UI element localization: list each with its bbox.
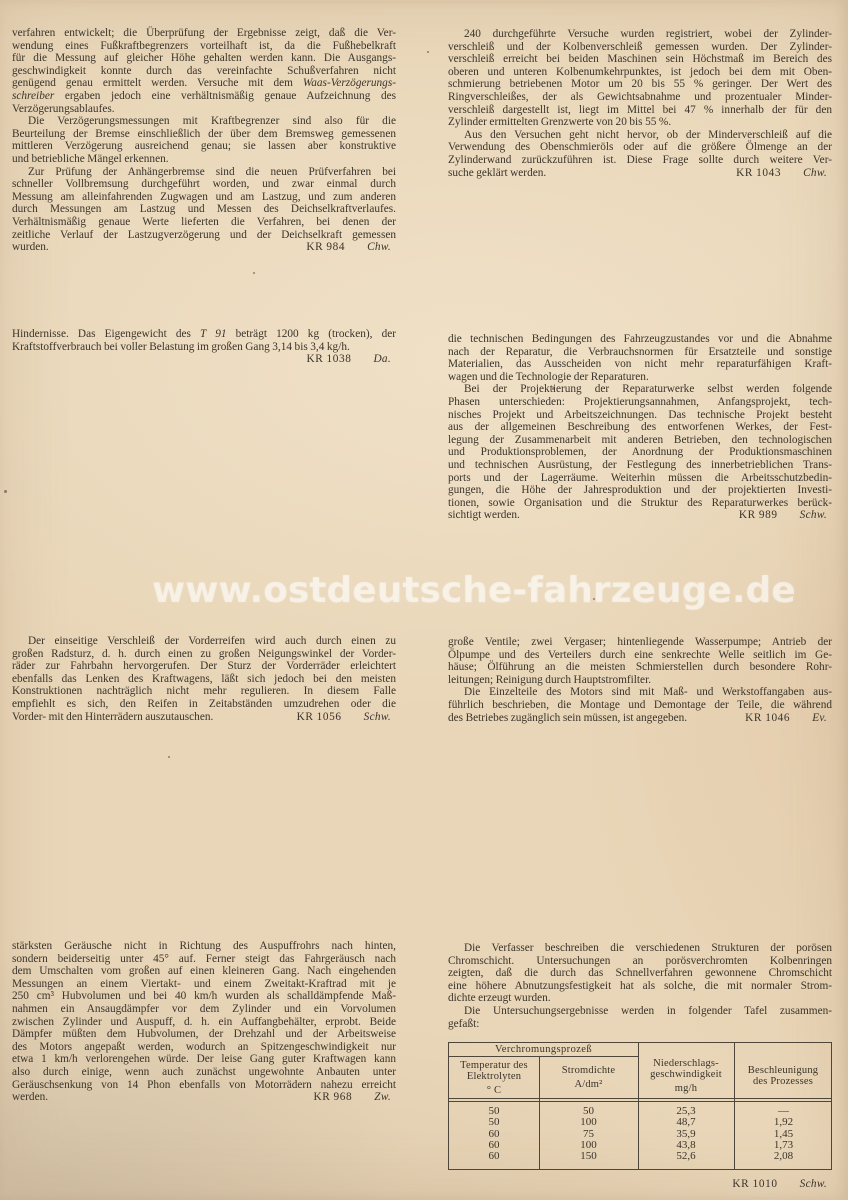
table-cell: 150 (539, 1151, 638, 1162)
ref-id: KR 984 (306, 241, 345, 254)
text-line: durch Messungen am Lastzug und Messen de… (12, 203, 396, 216)
text-line: Die Einzelteile des Motors sind mit Maß-… (448, 686, 832, 699)
text-line: tionen, sowie Organisation und die Struk… (448, 497, 832, 510)
text-line: Die Untersuchungsergebnisse werden in fo… (448, 1005, 832, 1018)
table-ref: KR 1010Schw. (448, 1178, 832, 1191)
text-line: führlich beschrieben, die Montage und De… (448, 699, 832, 712)
results-table: Verchromungsprozeß Temperatur desElektro… (448, 1042, 832, 1170)
table-cell: 48,7 (638, 1117, 734, 1128)
text-line: eine höhere Abnutzungsfestigkeit hat als… (448, 980, 832, 993)
italic-text: Waas-Verzögerungs- (303, 77, 396, 89)
text-line: Messung am alleinfahrenden Zugwagen und … (12, 191, 396, 204)
text-line: verschleiß und der Kolbenverschleiß geme… (448, 41, 832, 54)
table-cell: 1,92 (734, 1117, 833, 1128)
header-unit: ° C (450, 1085, 538, 1096)
text-line: große Ventile; zwei Vergaser; hintenlieg… (448, 636, 832, 649)
text-line: sichtigt werden.KR 989Schw. (448, 509, 832, 522)
table-rule (449, 1056, 638, 1057)
table-cell: 2,08 (734, 1151, 833, 1162)
text-line: dichte erzeugt wurden. (448, 992, 832, 1005)
text-line: Phasen unterschieden: Projektierungsanna… (448, 396, 832, 409)
header-unit: A/dm² (540, 1079, 637, 1090)
text-line: zeigten, daß die durch das Schnellverfah… (448, 967, 832, 980)
text-line: zeitliche Verlauf der Lastzugverzögerung… (12, 229, 396, 242)
text-line: und Produktionsproblemen, der Anordnung … (448, 446, 832, 459)
text-line: verfahren entwickelt; die Überprüfung de… (12, 27, 396, 40)
abstract-section: Die Verfasser beschreiben die verschiede… (448, 942, 832, 1030)
text-line: die technischen Bedingungen des Fahrzeug… (448, 333, 832, 346)
table-top-header: Verchromungsprozeß (449, 1044, 638, 1056)
ref-sig: Ev. (812, 712, 827, 725)
text-line: 250 cm³ Hubvolumen und bei 40 km/h wurde… (12, 990, 396, 1003)
ref-id: KR 1056 (297, 711, 342, 724)
text-line: 240 durchgeführte Versuche wurden regist… (448, 28, 832, 41)
ref-line: KR 1038Da. (12, 353, 396, 366)
text-line: Kraftstoffverbrauch bei voller Belastung… (12, 341, 396, 354)
text-line: großen Radsturz, d. h. durch einen zu gr… (12, 648, 396, 661)
header-unit: mg/h (639, 1083, 733, 1094)
text-line: legung der Zusammenarbeit mit anderen Be… (448, 434, 832, 447)
abstract-section: verfahren entwickelt; die Überprüfung de… (12, 27, 396, 254)
text-line: geschwindigkeit konnte durch das vereinf… (12, 65, 396, 78)
ref-sig: Schw. (800, 1178, 827, 1190)
text-line: wurden.KR 984Chw. (12, 241, 396, 254)
text-line: Materialien, das Ausscheiden von nicht m… (448, 358, 832, 371)
ref-sig: Schw. (800, 509, 827, 522)
header-line: Temperatur des (450, 1060, 538, 1071)
text-line: häuse; Ölführung an die meisten Schmiers… (448, 661, 832, 674)
text-line: Geräuschsenkung von 14 Phon ebenfalls vo… (12, 1079, 396, 1092)
ink-speck (593, 598, 595, 600)
text-line: sondern beiderseitig unter 45° auf. Fern… (12, 953, 396, 966)
text-line: des Betriebes zugänglich sein müssen, is… (448, 712, 832, 725)
ref-sig: Schw. (364, 711, 391, 724)
text-line: ports und der Lagerräume. Weiterhin müss… (448, 472, 832, 485)
text-line: räder zur Fahrbahn hervorgerufen. Der St… (12, 660, 396, 673)
text-line: Konstruktionen nachträglich nicht mehr r… (12, 685, 396, 698)
header-line: geschwindigkeit (639, 1069, 733, 1080)
ink-speck (4, 490, 7, 493)
text-line: wagen und die Technologie der Reparature… (448, 371, 832, 384)
table-rule (449, 1101, 831, 1102)
text-line: schneller Vollbremsung durchgeführt word… (12, 178, 396, 191)
text-line: Die Verzögerungsmessungen mit Kraftbegre… (12, 115, 396, 128)
abstract-section: stärksten Geräusche nicht in Richtung de… (12, 940, 396, 1104)
text-line: Zur Prüfung der Anhängerbremse sind die … (12, 166, 396, 179)
table-cell: 50 (449, 1117, 539, 1128)
table-row: 5010048,71,92 (449, 1117, 833, 1128)
abstract-section: Der einseitige Verschleiß der Vorderreif… (12, 635, 396, 723)
table-row: 6015052,62,08 (449, 1151, 833, 1162)
ink-speck (552, 387, 555, 390)
abstract-section: 240 durchgeführte Versuche wurden regist… (448, 28, 832, 179)
text-line: gefaßt: (448, 1018, 832, 1031)
text-line: mittleren Verzögerung ausreichend genau;… (12, 140, 396, 153)
table-cell: 100 (539, 1117, 638, 1128)
ref-id: KR 1038 (306, 353, 351, 366)
table-col-header: Niederschlags-geschwindigkeitmg/h (639, 1058, 733, 1094)
text-line: des Motors angepaßt werden, wodurch an S… (12, 1041, 396, 1054)
ink-speck (168, 756, 170, 758)
text-line: Dämpfer müßten dem Hubvolumen, der Drehz… (12, 1028, 396, 1041)
text-line: Messungen an einem Viertakt- und einem Z… (12, 978, 396, 991)
ref-id: KR 989 (739, 509, 778, 522)
header-line: Niederschlags- (639, 1058, 733, 1069)
ink-speck (253, 272, 255, 274)
ink-speck (427, 51, 429, 53)
text-line: suche geklärt werden.KR 1043Chw. (448, 167, 832, 180)
table-col-header: Temperatur desElektrolyten° C (450, 1060, 538, 1096)
text-line: und technischen Ausrüstung, der Festlegu… (448, 459, 832, 472)
column-left: verfahren entwickelt; die Überprüfung de… (12, 0, 396, 1200)
text-line: und betriebliche Mängel erkennen. (12, 153, 396, 166)
text-line: Hindernisse. Das Eigengewicht des T 91 b… (12, 328, 396, 341)
ref-sig: Chw. (803, 167, 827, 180)
text-line: Zylinder ermittelten Grenzwerte von 20 b… (448, 116, 832, 129)
text-line: nisches Projekt und Arbeitszeichnungen. … (448, 409, 832, 422)
abstract-section: die technischen Bedingungen des Fahrzeug… (448, 333, 832, 522)
text-line: Vorder- mit den Hinterrädern auszutausch… (12, 711, 396, 724)
scanned-page: www.ostdeutsche-fahrzeuge.de verfahren e… (0, 0, 848, 1200)
text-line: Chromschicht. Untersuchungen an porösver… (448, 955, 832, 968)
table-cell: 60 (449, 1151, 539, 1162)
header-line: Stromdichte (540, 1065, 637, 1076)
ref-sig: Zw. (374, 1091, 391, 1104)
text-line: Ringverschleißes, der als Gewichtsabnahm… (448, 91, 832, 104)
text-line: für die Messung auf gleicher Höhe gehalt… (12, 52, 396, 65)
table-col-header: StromdichteA/dm² (540, 1065, 637, 1090)
text-line: also durch einige, wenn auch zunächst un… (12, 1066, 396, 1079)
text-line: Verhältnismäßig genaue Werte lieferten d… (12, 216, 396, 229)
text-line: Verwendung des Obenschmieröls oder auf d… (448, 141, 832, 154)
text-line: Beurteilung der Bremse einschließlich de… (12, 128, 396, 141)
italic-text: schreiber (12, 90, 54, 102)
abstract-section: große Ventile; zwei Vergaser; hintenlieg… (448, 636, 832, 724)
text-line: ebenfalls das Lenken des Kraftwagens, lä… (12, 673, 396, 686)
text-line: Bei der Projektierung der Reparaturwerke… (448, 383, 832, 396)
text-line: Der einseitige Verschleiß der Vorderreif… (12, 635, 396, 648)
text-line: gungen, die Höhe der Jahresproduktion un… (448, 484, 832, 497)
text-line: wendung eines Fußkraftbegrenzers vorteil… (12, 40, 396, 53)
table-cell: 52,6 (638, 1151, 734, 1162)
text-line: nach der Reparatur, die Verbrauchsnormen… (448, 346, 832, 359)
text-line: empfiehlt es sich, den Reifen in Zeitabs… (12, 698, 396, 711)
text-line: Die Verfasser beschreiben die verschiede… (448, 942, 832, 955)
text-line: werden.KR 968Zw. (12, 1091, 396, 1104)
header-line: Elektrolyten (450, 1071, 538, 1082)
text-line: Ölpumpe und des Verteilers durch eine se… (448, 649, 832, 662)
column-right: 240 durchgeführte Versuche wurden regist… (448, 0, 832, 1200)
text-line: aus der allgemeinen Beschreibung des ent… (448, 421, 832, 434)
text-line: zwischen Zylinder und Auspuff, d. h. ein… (12, 1016, 396, 1029)
text-line: schreiber ergaben jedoch eine verhältnis… (12, 90, 396, 103)
text-line: stärksten Geräusche nicht in Richtung de… (12, 940, 396, 953)
table-rule (449, 1098, 831, 1099)
header-line: Beschleunigung (735, 1065, 831, 1076)
ref-id: KR 1010 (732, 1178, 777, 1190)
text-line: genügend genau ermittelt werden. Versuch… (12, 77, 396, 90)
text-line: oberen und unteren Kolbenumkehrpunktes, … (448, 66, 832, 79)
table-col-header: Beschleunigungdes Prozesses (735, 1065, 831, 1087)
text-line: nahmen ein Ansaugdämpfer vor dem Zylinde… (12, 1003, 396, 1016)
ref-sig: Da. (373, 353, 391, 366)
header-line: des Prozesses (735, 1076, 831, 1087)
text-line: Verzögerungsablaufes. (12, 103, 396, 116)
abstract-section: Hindernisse. Das Eigengewicht des T 91 b… (12, 328, 396, 366)
ref-id: KR 968 (314, 1091, 353, 1104)
text-line: leitungen; Reinigung durch Hauptstromfil… (448, 674, 832, 687)
text-line: schmierung betriebenen Motor um 20 bis 5… (448, 78, 832, 91)
text-line: Zylinderwand zurückzuführen ist. Diese F… (448, 154, 832, 167)
text-line: Aus den Versuchen geht nicht hervor, ob … (448, 129, 832, 142)
ref-id: KR 1043 (736, 167, 781, 180)
ref-sig: Chw. (367, 241, 391, 254)
text-line: dem Umschalten vom großen auf einen klei… (12, 965, 396, 978)
text-line: verschleiß erreicht bei beiden Maschinen… (448, 53, 832, 66)
text-line: etwa 1 km/h verlorengehen würde. Der lei… (12, 1053, 396, 1066)
text-line: verschleiß dargestellt ist, liegt im Mit… (448, 104, 832, 117)
italic-text: T 91 (200, 328, 227, 340)
ref-id: KR 1046 (745, 712, 790, 725)
